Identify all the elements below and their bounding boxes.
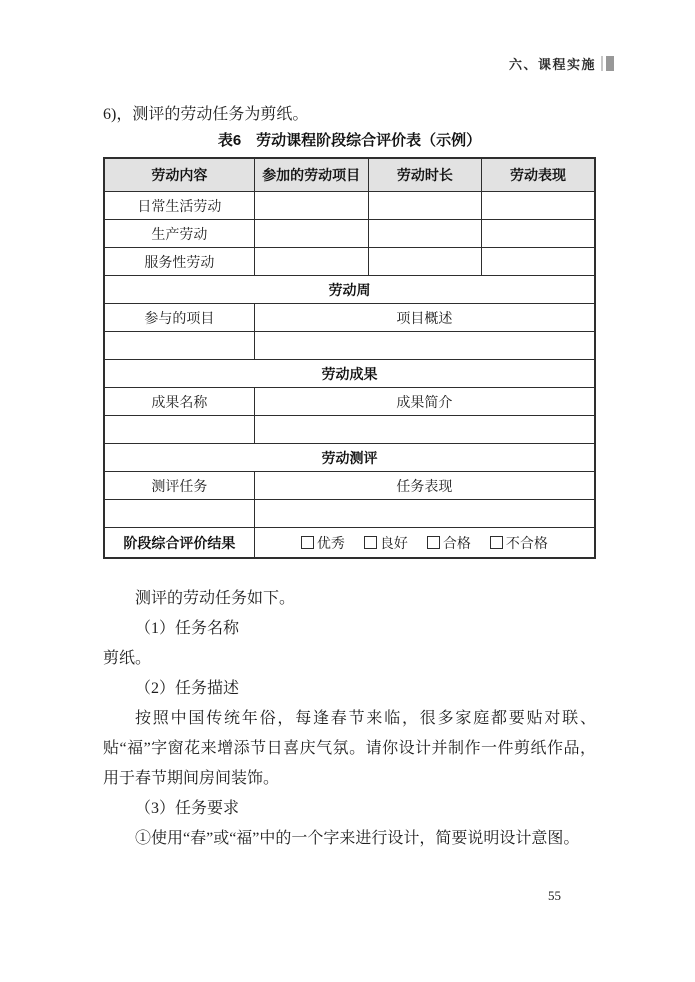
cell-result-intro: 成果简介 [254,388,595,416]
row-label-service-labor: 服务性劳动 [104,248,254,276]
table-row-blank [104,416,595,444]
empty-cell [104,332,254,360]
empty-cell [482,248,595,276]
paragraph-task-name: 剪纸。 [103,644,596,674]
cell-task-performance: 任务表现 [254,472,595,500]
empty-cell [104,500,254,528]
section-row-labor-week: 劳动周 [104,276,595,304]
checkbox-label: 不合格 [506,533,548,553]
section-title: 劳动周 [104,276,595,304]
table-row: 参与的项目 项目概述 [104,304,595,332]
empty-cell [368,192,481,220]
checkbox-option-pass: 合格 [427,533,471,553]
row-label-overall-result: 阶段综合评价结果 [104,528,254,559]
table-row: 生产劳动 [104,220,595,248]
section-row-labor-results: 劳动成果 [104,360,595,388]
paragraph-task-name-heading: （1）任务名称 [103,614,596,644]
result-options-cell: 优秀 良好 合格 不合格 [254,528,595,559]
table-row: 成果名称 成果简介 [104,388,595,416]
checkbox-option-good: 良好 [364,533,408,553]
empty-cell [254,416,595,444]
row-label-daily-life-labor: 日常生活劳动 [104,192,254,220]
paragraph-requirement-1: ①使用“春”或“福”中的一个字来进行设计，简要说明设计意图。 [103,824,596,854]
row-label-assessment-task: 测评任务 [104,472,254,500]
page-header: 六、课程实施 [509,54,614,73]
empty-cell [368,248,481,276]
checkbox-label: 良好 [380,533,408,553]
table-row: 日常生活劳动 [104,192,595,220]
table-row: 服务性劳动 [104,248,595,276]
checkbox-label: 合格 [443,533,471,553]
empty-cell [254,500,595,528]
paragraph-task-requirements-heading: （3）任务要求 [103,794,596,824]
empty-cell [254,192,368,220]
section-header-label: 六、课程实施 [509,54,596,73]
col-header-performance: 劳动表现 [482,158,595,192]
table-title: 表6 劳动课程阶段综合评价表（示例） [103,129,596,150]
empty-cell [254,220,368,248]
empty-cell [482,192,595,220]
empty-cell [104,416,254,444]
paragraph-tasks-intro: 测评的劳动任务如下。 [103,584,596,614]
checkbox-icon [301,536,314,549]
empty-cell [254,332,595,360]
col-header-projects: 参加的劳动项目 [254,158,368,192]
checkbox-option-fail: 不合格 [490,533,548,553]
table-row-blank [104,332,595,360]
thin-bar [601,56,603,71]
table-header-row: 劳动内容 参加的劳动项目 劳动时长 劳动表现 [104,158,595,192]
row-label-participated-project: 参与的项目 [104,304,254,332]
cell-project-overview: 项目概述 [254,304,595,332]
empty-cell [368,220,481,248]
section-marker-icon [601,56,614,71]
checkbox-options: 优秀 良好 合格 不合格 [255,533,594,553]
paragraph-task-description-heading: （2）任务描述 [103,674,596,704]
empty-cell [254,248,368,276]
row-label-result-name: 成果名称 [104,388,254,416]
intro-line: 6)，测评的劳动任务为剪纸。 [103,101,308,124]
body-text: 测评的劳动任务如下。 （1）任务名称 剪纸。 （2）任务描述 按照中国传统年俗，… [103,584,596,854]
empty-cell [482,220,595,248]
col-header-duration: 劳动时长 [368,158,481,192]
checkbox-option-excellent: 优秀 [301,533,345,553]
result-row: 阶段综合评价结果 优秀 良好 合格 不合格 [104,528,595,559]
evaluation-table: 劳动内容 参加的劳动项目 劳动时长 劳动表现 日常生活劳动 生产劳动 服务性劳动 [103,157,596,559]
paragraph-task-description: 按照中国传统年俗，每逢春节来临，很多家庭都要贴对联、贴“福”字窗花来增添节日喜庆… [103,704,596,794]
section-title: 劳动成果 [104,360,595,388]
checkbox-icon [490,536,503,549]
row-label-production-labor: 生产劳动 [104,220,254,248]
checkbox-label: 优秀 [317,533,345,553]
section-title: 劳动测评 [104,444,595,472]
col-header-labor-content: 劳动内容 [104,158,254,192]
section-row-labor-assessment: 劳动测评 [104,444,595,472]
checkbox-icon [364,536,377,549]
thick-bar [606,56,614,71]
checkbox-icon [427,536,440,549]
table-row-blank [104,500,595,528]
table-row: 测评任务 任务表现 [104,472,595,500]
page-number: 55 [548,888,561,904]
